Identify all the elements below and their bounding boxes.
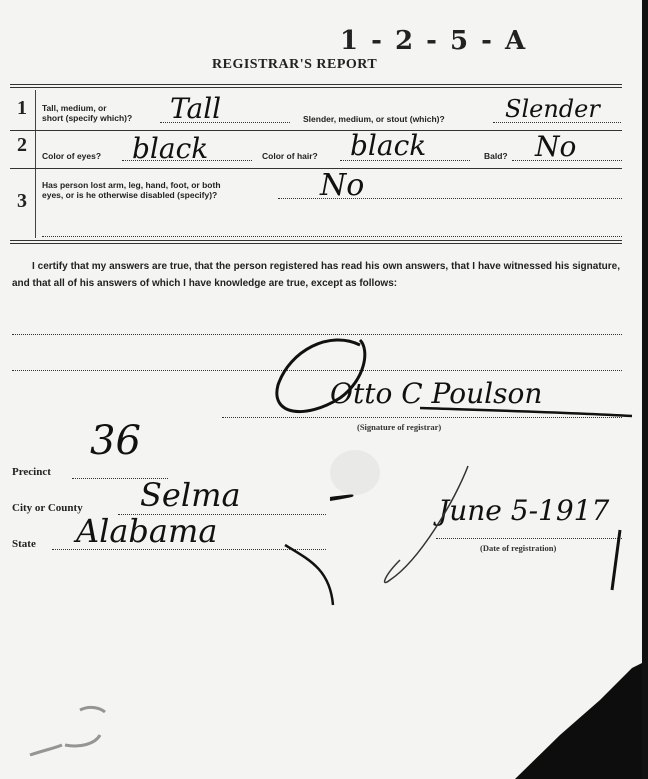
- hair-color-label: Color of hair?: [262, 151, 318, 161]
- certification-text: I certify that my answers are true, that…: [12, 258, 620, 292]
- table-top-border: [10, 84, 622, 88]
- disability-label-line2: eyes, or is he otherwise disabled (speci…: [42, 190, 221, 200]
- eye-color-label: Color of eyes?: [42, 151, 101, 161]
- serial-number: 1 - 2 - 5 - A: [340, 26, 527, 56]
- height-label: Tall, medium, or short (specify which)?: [42, 103, 132, 123]
- certification-paragraph: I certify that my answers are true, that…: [12, 258, 620, 292]
- table-bottom-border: [10, 240, 622, 244]
- date-line: [436, 538, 622, 539]
- eye-color-value: black: [132, 132, 208, 165]
- state-value: Alabama: [76, 512, 217, 550]
- height-label-line1: Tall, medium, or: [42, 103, 132, 113]
- height-value: Tall: [170, 92, 221, 125]
- row-number-2: 2: [17, 134, 27, 157]
- build-value: Slender: [505, 95, 600, 123]
- disability-value: No: [320, 168, 364, 203]
- date-value: June 5-1917: [438, 494, 609, 527]
- build-label: Slender, medium, or stout (which)?: [303, 114, 445, 124]
- exceptions-line-1: [12, 334, 622, 335]
- row-divider-1: [10, 130, 622, 131]
- stain-mark: [330, 450, 380, 495]
- table-column-divider: [35, 90, 36, 238]
- row-number-1: 1: [17, 97, 27, 120]
- row-number-3: 3: [17, 190, 27, 213]
- page-title: REGISTRAR'S REPORT: [212, 57, 377, 73]
- city-value: Selma: [140, 476, 241, 514]
- date-caption: (Date of registration): [480, 543, 556, 553]
- disability-line-2: [42, 236, 622, 237]
- bald-label: Bald?: [484, 151, 508, 161]
- disability-label: Has person lost arm, leg, hand, foot, or…: [42, 180, 221, 200]
- registrar-signature: Otto C Poulson: [330, 377, 542, 410]
- registration-card: 1 - 2 - 5 - A REGISTRAR'S REPORT 1 Tall,…: [0, 0, 648, 779]
- row-divider-2: [10, 168, 622, 169]
- bald-value: No: [535, 130, 576, 163]
- precinct-value: 36: [90, 418, 141, 464]
- exceptions-line-2: [12, 370, 622, 371]
- hair-color-value: black: [350, 129, 426, 162]
- right-edge: [642, 0, 648, 779]
- height-label-line2: short (specify which)?: [42, 113, 132, 123]
- city-label: City or County: [12, 502, 83, 514]
- signature-line: [222, 417, 622, 418]
- precinct-label: Precinct: [12, 466, 51, 478]
- state-label: State: [12, 538, 36, 550]
- disability-label-line1: Has person lost arm, leg, hand, foot, or…: [42, 180, 221, 190]
- signature-caption: (Signature of registrar): [357, 422, 441, 432]
